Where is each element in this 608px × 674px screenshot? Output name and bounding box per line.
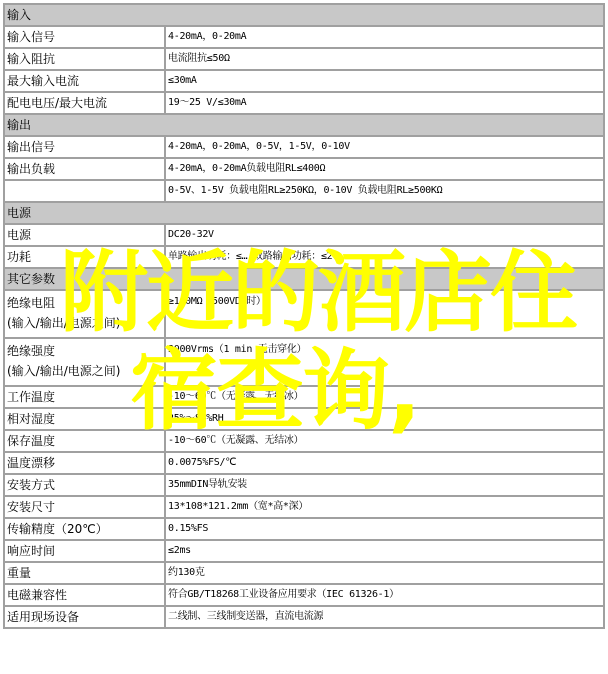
row-label: 电磁兼容性 bbox=[4, 584, 165, 606]
row-value: -10～60℃（无凝露、无结冰） bbox=[165, 430, 604, 452]
row-label-main: 绝缘电阻 bbox=[7, 293, 162, 313]
table-row: 功耗 单路输出功耗：≤… 双路输出功耗：≤2.… bbox=[4, 246, 604, 268]
row-label: 重量 bbox=[4, 562, 165, 584]
row-label: 输入阻抗 bbox=[4, 48, 165, 70]
row-value: 符合GB/T18268工业设备应用要求（IEC 61326-1） bbox=[165, 584, 604, 606]
table-row: 适用现场设备 二线制、三线制变送器，直流电流源 bbox=[4, 606, 604, 628]
row-value: DC20-32V bbox=[165, 224, 604, 246]
row-value: 35mmDIN导轨安装 bbox=[165, 474, 604, 496]
section-title: 输出 bbox=[4, 114, 604, 136]
row-value: 4-20mA，0-20mA bbox=[165, 26, 604, 48]
table-row: 安装尺寸 13*108*121.2mm（宽*高*深） bbox=[4, 496, 604, 518]
row-value: ≤30mA bbox=[165, 70, 604, 92]
table-row: 输出负载 4-20mA，0-20mA负载电阻RL≤400Ω bbox=[4, 158, 604, 180]
table-row: 传输精度（20℃） 0.15%FS bbox=[4, 518, 604, 540]
row-value: 电流阻抗≤50Ω bbox=[165, 48, 604, 70]
table-row: 保存温度 -10～60℃（无凝露、无结冰） bbox=[4, 430, 604, 452]
row-value: 二线制、三线制变送器，直流电流源 bbox=[165, 606, 604, 628]
row-label: 输入信号 bbox=[4, 26, 165, 48]
row-label: 最大输入电流 bbox=[4, 70, 165, 92]
row-label: 工作温度 bbox=[4, 386, 165, 408]
row-value: ≤2ms bbox=[165, 540, 604, 562]
row-label: 响应时间 bbox=[4, 540, 165, 562]
row-label-sub: (输入/输出/电源之间) bbox=[7, 361, 162, 381]
table-row: 安装方式 35mmDIN导轨安装 bbox=[4, 474, 604, 496]
table-row: 电磁兼容性 符合GB/T18268工业设备应用要求（IEC 61326-1） bbox=[4, 584, 604, 606]
table-row: 绝缘电阻 (输入/输出/电源之间) ≥100MΩ（500VDC时） bbox=[4, 290, 604, 338]
row-value: 4-20mA，0-20mA，0-5V，1-5V，0-10V bbox=[165, 136, 604, 158]
table-row: 响应时间 ≤2ms bbox=[4, 540, 604, 562]
row-label: 电源 bbox=[4, 224, 165, 246]
row-value: 19～25 V/≤30mA bbox=[165, 92, 604, 114]
row-label: 绝缘电阻 (输入/输出/电源之间) bbox=[4, 290, 165, 338]
row-value: ≥100MΩ（500VDC时） bbox=[165, 290, 604, 338]
table-row: 最大输入电流 ≤30mA bbox=[4, 70, 604, 92]
row-label: 安装方式 bbox=[4, 474, 165, 496]
table-row: 温度漂移 0.0075%FS/℃ bbox=[4, 452, 604, 474]
row-label: 温度漂移 bbox=[4, 452, 165, 474]
row-label: 保存温度 bbox=[4, 430, 165, 452]
section-title: 输入 bbox=[4, 4, 604, 26]
section-header-input: 输入 bbox=[4, 4, 604, 26]
row-value: 2000Vrms（1 min 无击穿化） bbox=[165, 338, 604, 386]
row-value: 13*108*121.2mm（宽*高*深） bbox=[165, 496, 604, 518]
table-row: 绝缘强度 (输入/输出/电源之间) 2000Vrms（1 min 无击穿化） bbox=[4, 338, 604, 386]
row-label bbox=[4, 180, 165, 202]
row-label: 适用现场设备 bbox=[4, 606, 165, 628]
section-header-output: 输出 bbox=[4, 114, 604, 136]
row-value: 0.0075%FS/℃ bbox=[165, 452, 604, 474]
table-row: 电源 DC20-32V bbox=[4, 224, 604, 246]
row-label: 安装尺寸 bbox=[4, 496, 165, 518]
table-row: 0-5V、1-5V 负载电阻RL≥250KΩ，0-10V 负载电阻RL≥500K… bbox=[4, 180, 604, 202]
row-value: 约130克 bbox=[165, 562, 604, 584]
section-title: 电源 bbox=[4, 202, 604, 224]
row-label: 传输精度（20℃） bbox=[4, 518, 165, 540]
row-value: -10～60℃（无凝露、无结冰） bbox=[165, 386, 604, 408]
row-value: 4-20mA，0-20mA负载电阻RL≤400Ω bbox=[165, 158, 604, 180]
table-row: 输入阻抗 电流阻抗≤50Ω bbox=[4, 48, 604, 70]
table-row: 配电电压/最大电流 19～25 V/≤30mA bbox=[4, 92, 604, 114]
row-label: 配电电压/最大电流 bbox=[4, 92, 165, 114]
row-label: 相对湿度 bbox=[4, 408, 165, 430]
table-row: 工作温度 -10～60℃（无凝露、无结冰） bbox=[4, 386, 604, 408]
row-value: 0.15%FS bbox=[165, 518, 604, 540]
row-value: 单路输出功耗：≤… 双路输出功耗：≤2.… bbox=[165, 246, 604, 268]
table-row: 重量 约130克 bbox=[4, 562, 604, 584]
section-header-power: 电源 bbox=[4, 202, 604, 224]
row-label: 输出负载 bbox=[4, 158, 165, 180]
section-title: 其它参数 bbox=[4, 268, 604, 290]
row-value: 25%～85%RH bbox=[165, 408, 604, 430]
row-label: 功耗 bbox=[4, 246, 165, 268]
table-row: 输入信号 4-20mA，0-20mA bbox=[4, 26, 604, 48]
section-header-other: 其它参数 bbox=[4, 268, 604, 290]
spec-table: 输入 输入信号 4-20mA，0-20mA 输入阻抗 电流阻抗≤50Ω 最大输入… bbox=[3, 3, 605, 629]
row-label: 输出信号 bbox=[4, 136, 165, 158]
row-label-sub: (输入/输出/电源之间) bbox=[7, 313, 162, 333]
row-label: 绝缘强度 (输入/输出/电源之间) bbox=[4, 338, 165, 386]
table-row: 相对湿度 25%～85%RH bbox=[4, 408, 604, 430]
table-row: 输出信号 4-20mA，0-20mA，0-5V，1-5V，0-10V bbox=[4, 136, 604, 158]
row-value: 0-5V、1-5V 负载电阻RL≥250KΩ，0-10V 负载电阻RL≥500K… bbox=[165, 180, 604, 202]
row-label-main: 绝缘强度 bbox=[7, 341, 162, 361]
